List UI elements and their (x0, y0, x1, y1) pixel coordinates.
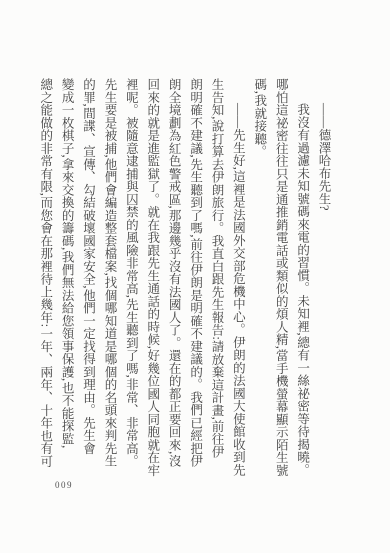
text-column-6: 生告知,說打算去伊朗旅行。我直白跟先生報告:請放棄這計畫,前往伊 (206, 78, 227, 485)
page-number: 009 (55, 480, 73, 490)
text-column-14: 總之能做的非常有限,而您會在那裡待上幾年:一年、兩年、十年也有可 (34, 78, 55, 485)
text-column-12: 的罪,間諜、宣傳、勾結破壞國家安全,他們一定找得到理由。先生會 (77, 78, 98, 485)
text-column-1: ——德澤哈布先生? (313, 78, 334, 485)
text-column-7: 朗明確不建議,先生聽到了嗎,前往伊朗是明確不建議的。我們已經把伊 (184, 78, 205, 485)
text-column-13: 變成一枚棋子,拿來交換的籌碼,我們無法給您領事保護,也不能探監, (56, 78, 77, 485)
text-column-2: 我沒有過濾未知號碼來電的習慣。未知裡,總有一絲祕密等待揭曉。 (291, 78, 312, 485)
vertical-text-block: ——德澤哈布先生?我沒有過濾未知號碼來電的習慣。未知裡,總有一絲祕密等待揭曉。哪… (34, 78, 334, 485)
text-column-5: ——先生好,這裡是法國外交部危機中心。伊朗的法國大使館收到先 (227, 78, 248, 485)
text-column-4: 碼,我就接聽。 (248, 78, 269, 485)
text-column-3: 哪怕這祕密往往只是通推銷電話或類似的煩人精,當手機螢幕顯示陌生號 (270, 78, 291, 485)
text-column-11: 先生要是被捕,他們會編造整套檔案,找個哪知道是哪個的名頭來判先生 (99, 78, 120, 485)
book-page: ——德澤哈布先生?我沒有過濾未知號碼來電的習慣。未知裡,總有一絲祕密等待揭曉。哪… (0, 0, 390, 553)
text-column-9: 回來的就是進監獄了。就在我跟先生通話的時候,好幾位國人同胞就在牢 (141, 78, 162, 485)
text-column-8: 朗全境劃為紅色警戒區,那邊幾乎沒有法國人了。還在的都正要回來,沒 (163, 78, 184, 485)
text-column-10: 裡呢。被隨意逮捕與囚禁的風險非常高,先生聽到了嗎,非常、非常高。 (120, 78, 141, 485)
